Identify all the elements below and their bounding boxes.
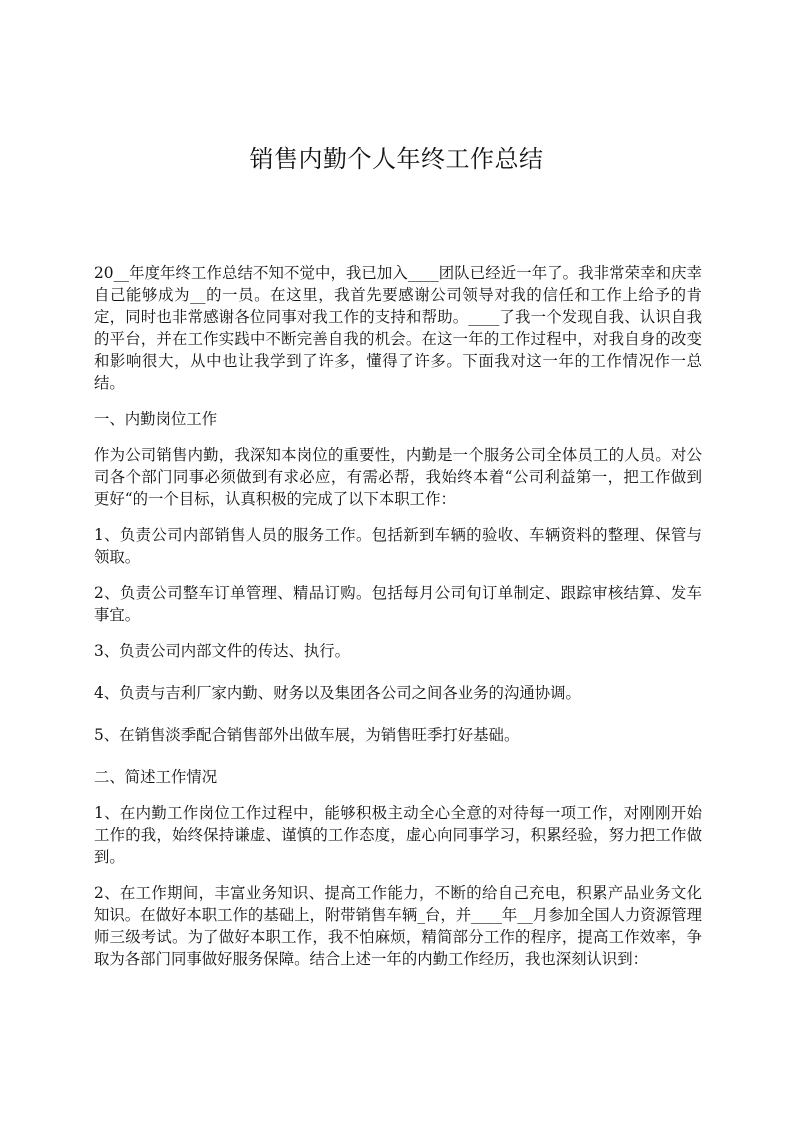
section-heading: 一、内勤岗位工作 (94, 408, 702, 430)
list-item: 2、在工作期间，丰富业务知识、提高工作能力，不断的给自己充电，积累产品业务文化知… (94, 882, 702, 970)
list-item: 5、在销售淡季配合销售部外出做车展，为销售旺季打好基础。 (94, 724, 702, 746)
intro-paragraph: 20__年度年终工作总结不知不觉中，我已加入____团队已经近一年了。我非常荣幸… (94, 262, 702, 394)
list-item: 2、负责公司整车订单管理、精品订购。包括每月公司旬订单制定、跟踪审核结算、发车事… (94, 582, 702, 626)
document-title: 销售内勤个人年终工作总结 (0, 139, 793, 174)
section-heading: 二、简述工作情况 (94, 766, 702, 788)
list-item: 3、负责公司内部文件的传达、执行。 (94, 640, 702, 662)
list-item: 4、负责与吉利厂家内勤、财务以及集团各公司之间各业务的沟通协调。 (94, 682, 702, 704)
document-body: 20__年度年终工作总结不知不觉中，我已加入____团队已经近一年了。我非常荣幸… (94, 262, 702, 970)
list-item: 1、负责公司内部销售人员的服务工作。包括新到车辆的验收、车辆资料的整理、保管与领… (94, 524, 702, 568)
section-intro-paragraph: 作为公司销售内勤，我深知本岗位的重要性，内勤是一个服务公司全体员工的人员。对公司… (94, 444, 702, 510)
list-item: 1、在内勤工作岗位工作过程中，能够积极主动全心全意的对待每一项工作，对刚刚开始工… (94, 802, 702, 868)
document-page: 销售内勤个人年终工作总结 20__年度年终工作总结不知不觉中，我已加入____团… (0, 0, 793, 1122)
